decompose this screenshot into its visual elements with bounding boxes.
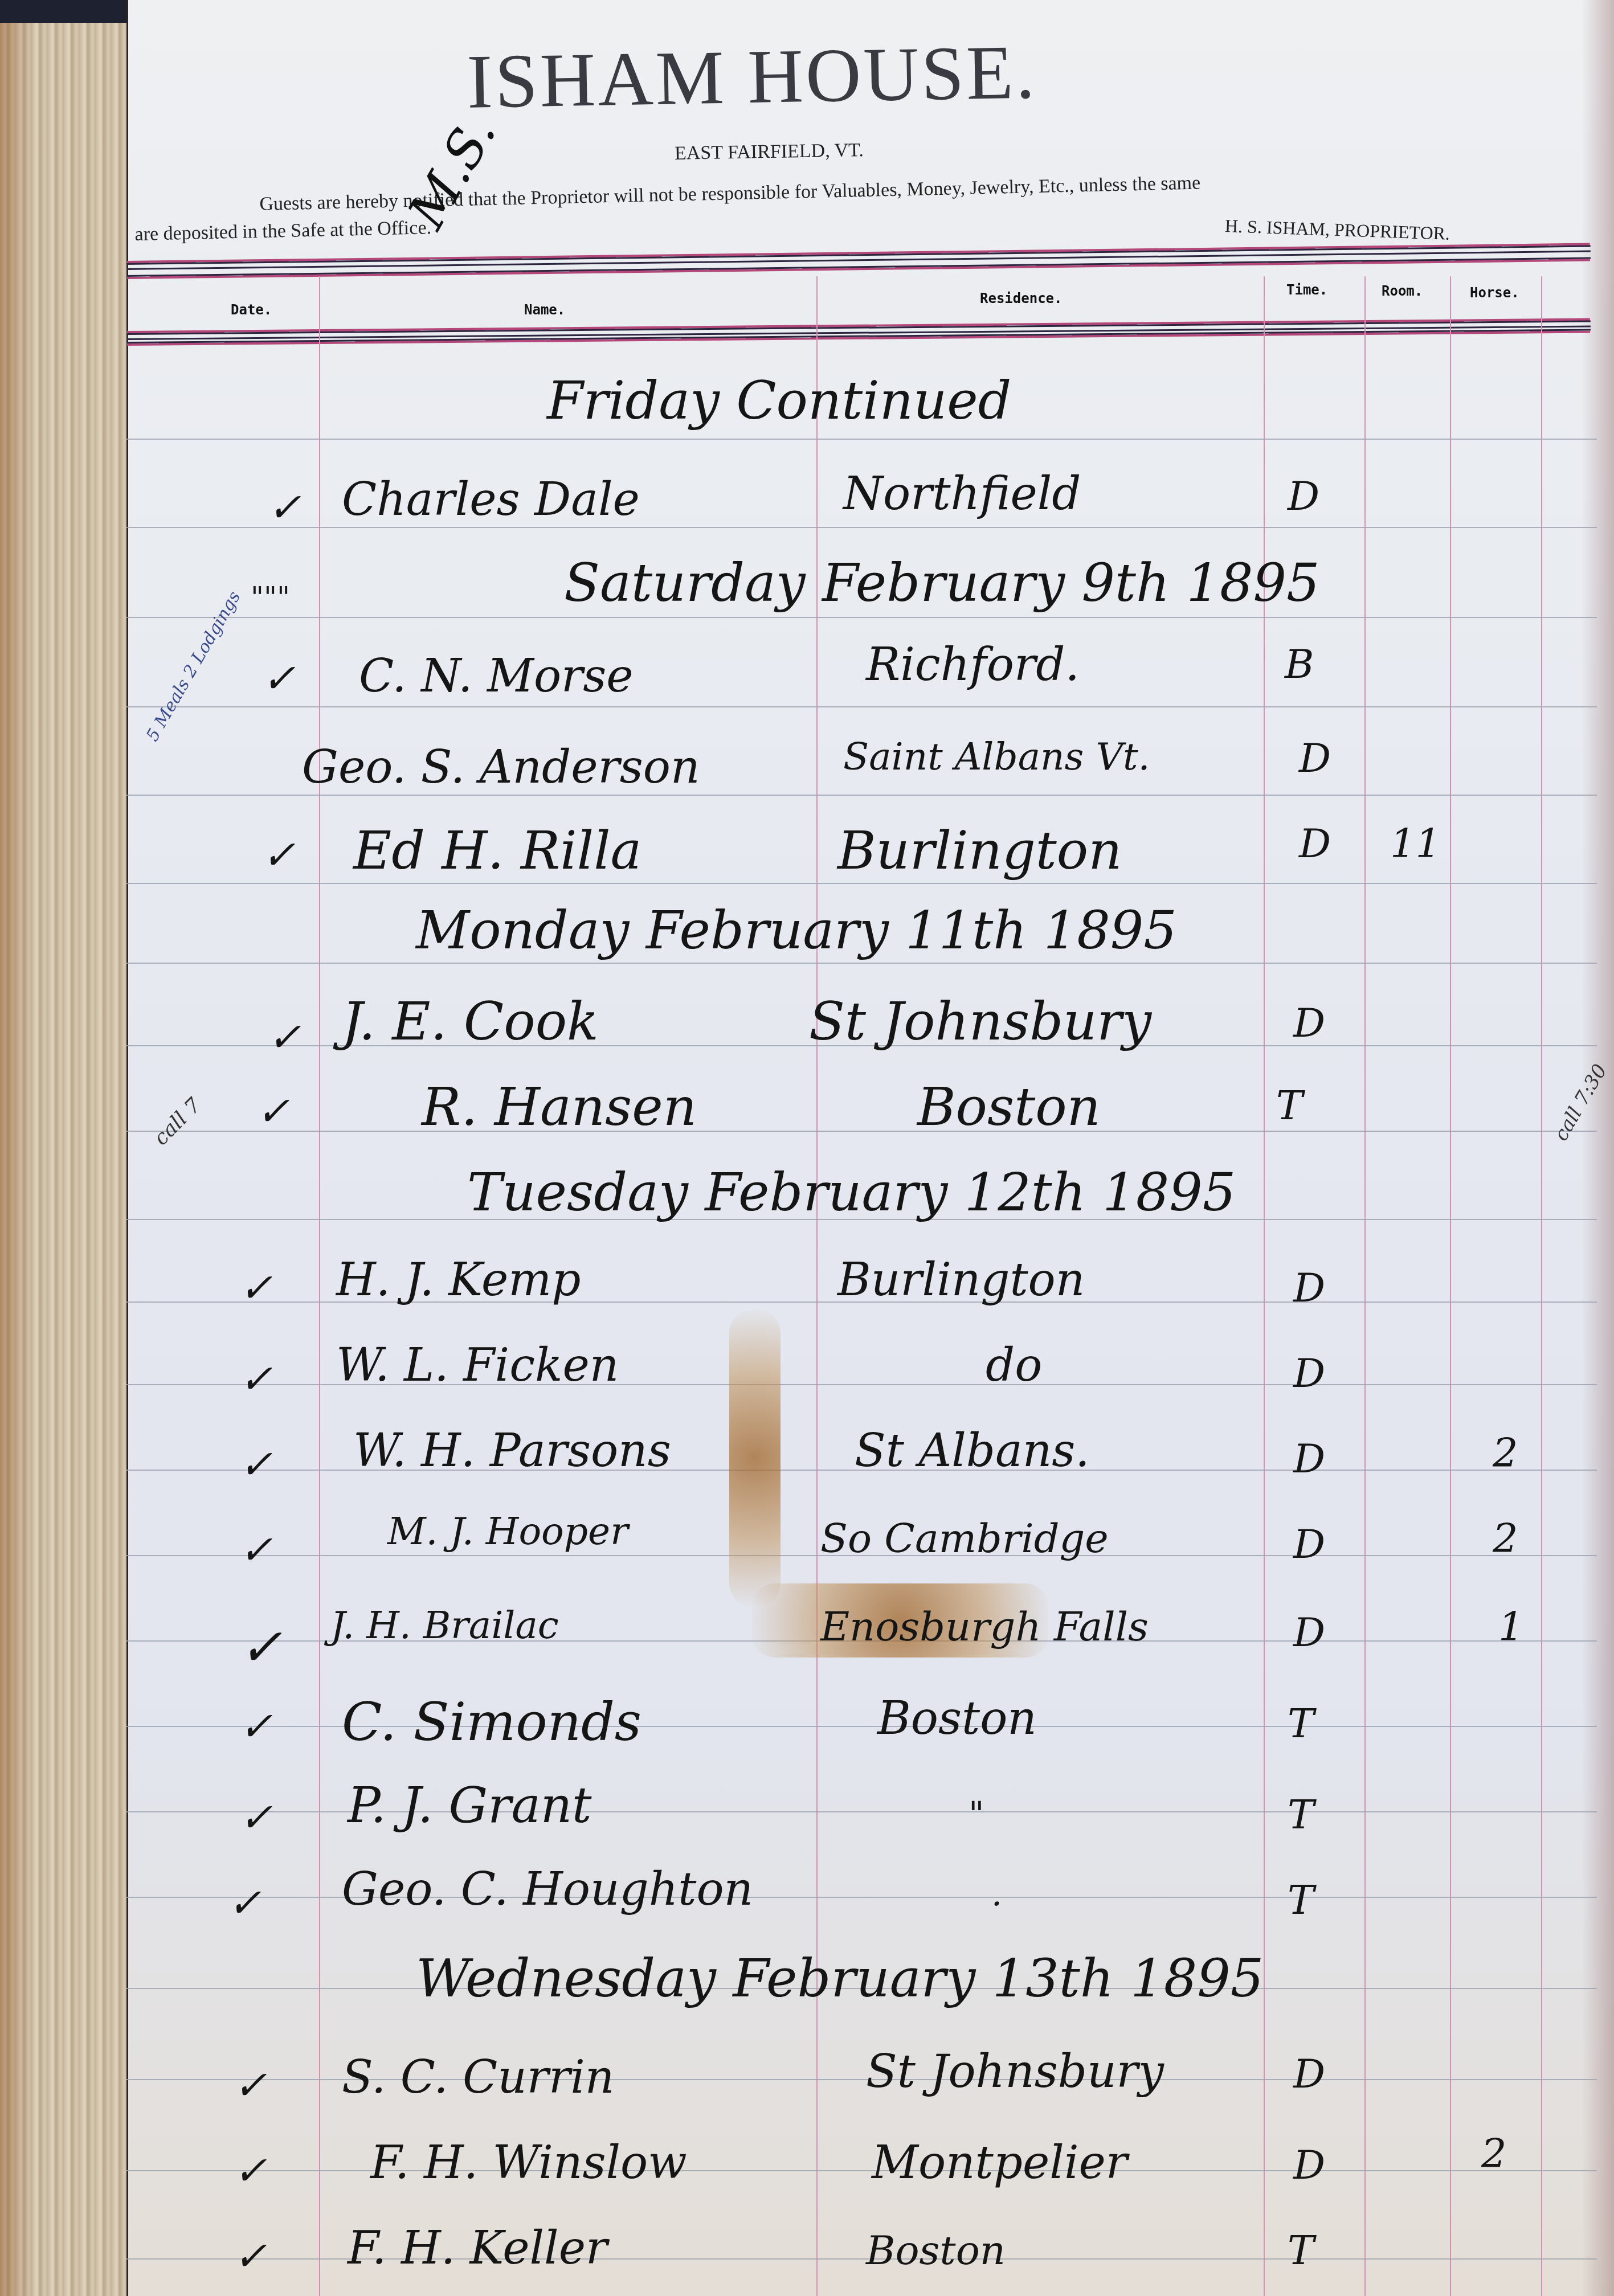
ruled-line (126, 795, 1597, 796)
col-room: Room. (1382, 283, 1423, 299)
check-mark: ✓ (239, 1794, 273, 1841)
guest-residence: St Albans. (855, 1424, 1090, 1477)
hotel-title: ISHAM HOUSE. (381, 27, 1123, 128)
check-mark: ✓ (239, 1441, 273, 1488)
ruled-line (126, 706, 1597, 707)
guest-time: D (1293, 1350, 1325, 1397)
guest-residence: So Cambridge (820, 1515, 1109, 1562)
col-name: Name. (524, 302, 565, 318)
guest-room: 2 (1481, 2130, 1507, 2177)
guest-residence: Boston (917, 1077, 1101, 1137)
check-mark: ✓ (234, 2062, 267, 2109)
guest-residence: Richford. (866, 638, 1080, 691)
col-divider-date (319, 276, 320, 2296)
day-prefix: """ (251, 581, 290, 614)
col-divider-horse (1541, 276, 1542, 2296)
check-mark: ✓ (228, 1880, 261, 1926)
guest-time: D (1293, 1435, 1325, 1482)
guest-time: D (1293, 1609, 1325, 1656)
water-stain (729, 1310, 781, 1606)
check-mark: ✓ (234, 2233, 267, 2279)
guest-time: D (1293, 1264, 1325, 1311)
check-mark: ✓ (268, 1014, 301, 1061)
check-mark: ✓ (239, 1356, 273, 1402)
guest-name: J. E. Cook (342, 991, 599, 1052)
check-mark: ✓ (256, 1088, 290, 1135)
guest-time: D (1299, 820, 1331, 867)
guest-time: T (1288, 1791, 1314, 1838)
guest-residence: Montpelier (872, 2136, 1127, 2189)
day-heading: Monday February 11th 1895 (416, 900, 1177, 961)
check-mark: ✓ (239, 1526, 273, 1573)
guest-residence: Saint Albans Vt. (843, 735, 1150, 779)
guest-room: 1 (1498, 1603, 1524, 1650)
guest-name: Geo. S. Anderson (302, 740, 700, 793)
page-stack-edge (0, 23, 128, 2296)
col-residence: Residence. (980, 290, 1063, 306)
guest-residence: Boston (866, 2227, 1006, 2274)
ruled-line (126, 963, 1597, 964)
ruled-line (126, 527, 1597, 528)
ruled-line (126, 439, 1597, 440)
check-mark: ✓ (262, 655, 296, 702)
guest-name: M. J. Hooper (387, 1509, 628, 1553)
guest-name: R. Hansen (422, 1077, 697, 1137)
guest-name: C. Simonds (342, 1692, 641, 1753)
guest-name: Geo. C. Houghton (342, 1863, 753, 1916)
guest-residence: Enosburgh Falls (820, 1603, 1149, 1650)
ruled-line (126, 2170, 1597, 2171)
col-divider-time (1364, 276, 1366, 2296)
guest-time: D (1293, 2051, 1325, 2097)
guest-name: W. H. Parsons (353, 1424, 671, 1477)
check-mark: ✓ (239, 1618, 282, 1677)
guest-name: Ed H. Rilla (353, 820, 641, 881)
check-mark: ✓ (262, 832, 296, 878)
guest-name: F. H. Winslow (370, 2136, 687, 2189)
ruled-line (126, 883, 1597, 884)
guest-name: P. J. Grant (348, 1777, 592, 1834)
guest-time: T (1276, 1082, 1303, 1129)
guest-time: B (1285, 641, 1314, 687)
ruled-line (126, 1131, 1597, 1132)
col-date: Date. (231, 302, 272, 318)
col-divider-room (1450, 276, 1451, 2296)
guest-name: S. C. Currin (342, 2051, 614, 2103)
guest-name: W. L. Ficken (336, 1339, 619, 1391)
guest-name: J. H. Brailac (330, 1603, 559, 1647)
guest-residence: Northfield (843, 467, 1081, 520)
guest-residence: do (986, 1339, 1042, 1391)
day-heading: Friday Continued (547, 370, 1011, 431)
check-mark: ✓ (234, 2147, 267, 2194)
guest-residence: . (991, 1874, 1002, 1914)
guest-residence: St Johnsbury (866, 2045, 1164, 2098)
check-mark: ✓ (239, 1264, 273, 1311)
guest-name: C. N. Morse (359, 649, 634, 702)
check-mark: ✓ (268, 484, 301, 531)
guest-time: T (1288, 1700, 1314, 1747)
day-heading: Saturday February 9th 1895 (564, 552, 1320, 613)
guest-residence: " (969, 1794, 984, 1834)
day-heading: Wednesday February 13th 1895 (416, 1948, 1264, 2009)
day-heading: Tuesday February 12th 1895 (467, 1162, 1236, 1223)
guest-time: D (1288, 473, 1319, 519)
guest-residence: Burlington (837, 1253, 1085, 1306)
col-time: Time. (1286, 282, 1327, 298)
col-horse: Horse. (1470, 285, 1519, 301)
guest-name: H. J. Kemp (336, 1253, 581, 1306)
guest-room: 2 (1493, 1515, 1518, 1562)
guest-room: 11 (1390, 820, 1441, 867)
guest-time: D (1293, 1521, 1325, 1567)
guest-time: D (1299, 735, 1331, 781)
guest-residence: Boston (877, 1692, 1037, 1745)
guest-residence: Burlington (837, 820, 1122, 881)
guest-name: Charles Dale (342, 473, 640, 526)
guest-name: F. H. Keller (348, 2221, 607, 2274)
check-mark: ✓ (239, 1703, 273, 1750)
guest-time: T (1288, 2227, 1314, 2274)
guest-time: D (1293, 1000, 1325, 1046)
guest-time: T (1288, 1877, 1314, 1923)
guest-time: D (1293, 2142, 1325, 2188)
guest-residence: St Johnsbury (809, 991, 1151, 1052)
ruled-line (126, 617, 1597, 618)
guest-room: 2 (1493, 1430, 1518, 1476)
